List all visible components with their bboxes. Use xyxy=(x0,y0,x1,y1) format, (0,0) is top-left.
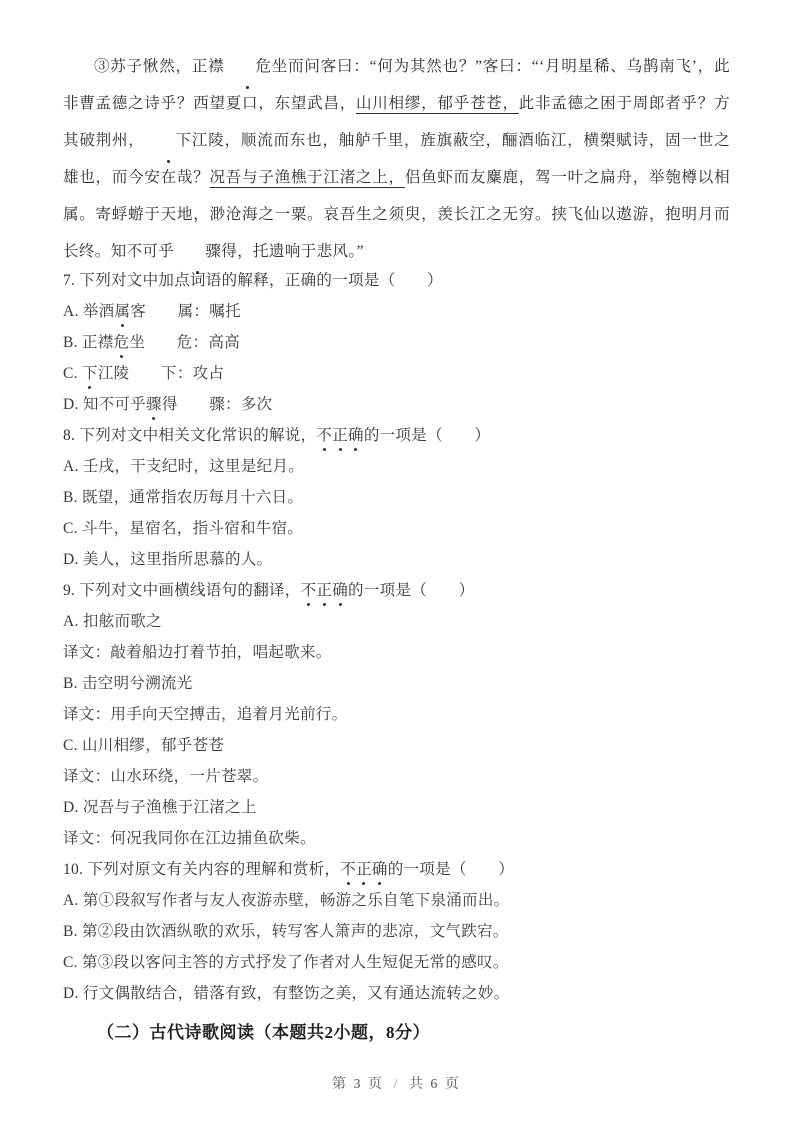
page-number-current: 第 3 页 xyxy=(332,1077,384,1092)
question-10-option-d: D. 行文偶散结合，错落有致，有整饬之美，又有通达流转之妙。 xyxy=(63,983,730,1005)
page-footer: 第 3 页 / 共 6 页 xyxy=(63,1073,730,1093)
exam-page: { "passage": { "segments": [ {"t": "③苏子愀… xyxy=(0,0,793,1122)
question-10-option-b: B. 第②段由饮酒纵歌的欢乐，转写客人箫声的悲凉，文气跌宕。 xyxy=(63,921,730,943)
question-9-translation-a: 译文：敲着船边打着节拍，唱起歌来。 xyxy=(63,642,730,664)
question-9-translation-d: 译文：何况我同你在江边捕鱼砍柴。 xyxy=(63,828,730,850)
question-10-option-a: A. 第①段叙写作者与友人夜游赤壁，畅游之乐自笔下泉涌而出。 xyxy=(63,890,730,912)
page-content: ③苏子愀然，正襟危坐而问客曰：“何为其然也？”客曰：“‘月明星稀、乌鹊南飞’，此… xyxy=(0,0,793,1093)
question-8: 8. 下列对文中相关文化常识的解说，不正确的一项是（ ） A. 壬戌，干支纪时，… xyxy=(63,425,730,571)
question-8-option-b: B. 既望，通常指农历每月十六日。 xyxy=(63,487,730,509)
question-8-stem: 8. 下列对文中相关文化常识的解说，不正确的一项是（ ） xyxy=(63,425,730,447)
question-10: 10. 下列对原文有关内容的理解和赏析，不正确的一项是（ ） A. 第①段叙写作… xyxy=(63,859,730,1005)
page-number-total: 共 6 页 xyxy=(409,1077,461,1092)
question-9: 9. 下列对文中画横线语句的翻译，不正确的一项是（ ） A. 扣舷而歌之 译文：… xyxy=(63,580,730,850)
question-9-option-b: B. 击空明兮溯流光 xyxy=(63,673,730,695)
question-7-stem: 7. 下列对文中加点词语的解释，正确的一项是（ ） xyxy=(63,270,730,292)
question-8-option-d: D. 美人，这里指所思慕的人。 xyxy=(63,549,730,571)
question-8-option-a: A. 壬戌，干支纪时，这里是纪月。 xyxy=(63,456,730,478)
question-7-option-d: D. 知不可乎骤得 骤：多次 xyxy=(63,394,730,416)
question-10-option-c: C. 第③段以客问主答的方式抒发了作者对人生短促无常的感叹。 xyxy=(63,952,730,974)
section-header-poetry-reading: （二）古代诗歌阅读（本题共2小题，8分） xyxy=(63,1021,730,1045)
question-7-option-b: B. 正襟危坐 危：高高 xyxy=(63,332,730,354)
question-7: 7. 下列对文中加点词语的解释，正确的一项是（ ） A. 举酒属客 属：嘱托 B… xyxy=(63,270,730,416)
question-10-stem: 10. 下列对原文有关内容的理解和赏析，不正确的一项是（ ） xyxy=(63,859,730,881)
question-9-option-a: A. 扣舷而歌之 xyxy=(63,611,730,633)
question-9-translation-b: 译文：用手向天空搏击，追着月光前行。 xyxy=(63,704,730,726)
question-9-option-c: C. 山川相缪，郁乎苍苍 xyxy=(63,735,730,757)
page-number-separator: / xyxy=(390,1077,404,1092)
question-7-option-c: C. 下江陵 下：攻占 xyxy=(63,363,730,385)
question-8-option-c: C. 斗牛，星宿名，指斗宿和牛宿。 xyxy=(63,518,730,540)
question-9-option-d: D. 况吾与子渔樵于江渚之上 xyxy=(63,797,730,819)
question-9-translation-c: 译文：山水环绕，一片苍翠。 xyxy=(63,766,730,788)
passage-paragraph: ③苏子愀然，正襟危坐而问客曰：“何为其然也？”客曰：“‘月明星稀、乌鹊南飞’，此… xyxy=(63,48,730,270)
question-9-stem: 9. 下列对文中画横线语句的翻译，不正确的一项是（ ） xyxy=(63,580,730,602)
question-7-option-a: A. 举酒属客 属：嘱托 xyxy=(63,301,730,323)
